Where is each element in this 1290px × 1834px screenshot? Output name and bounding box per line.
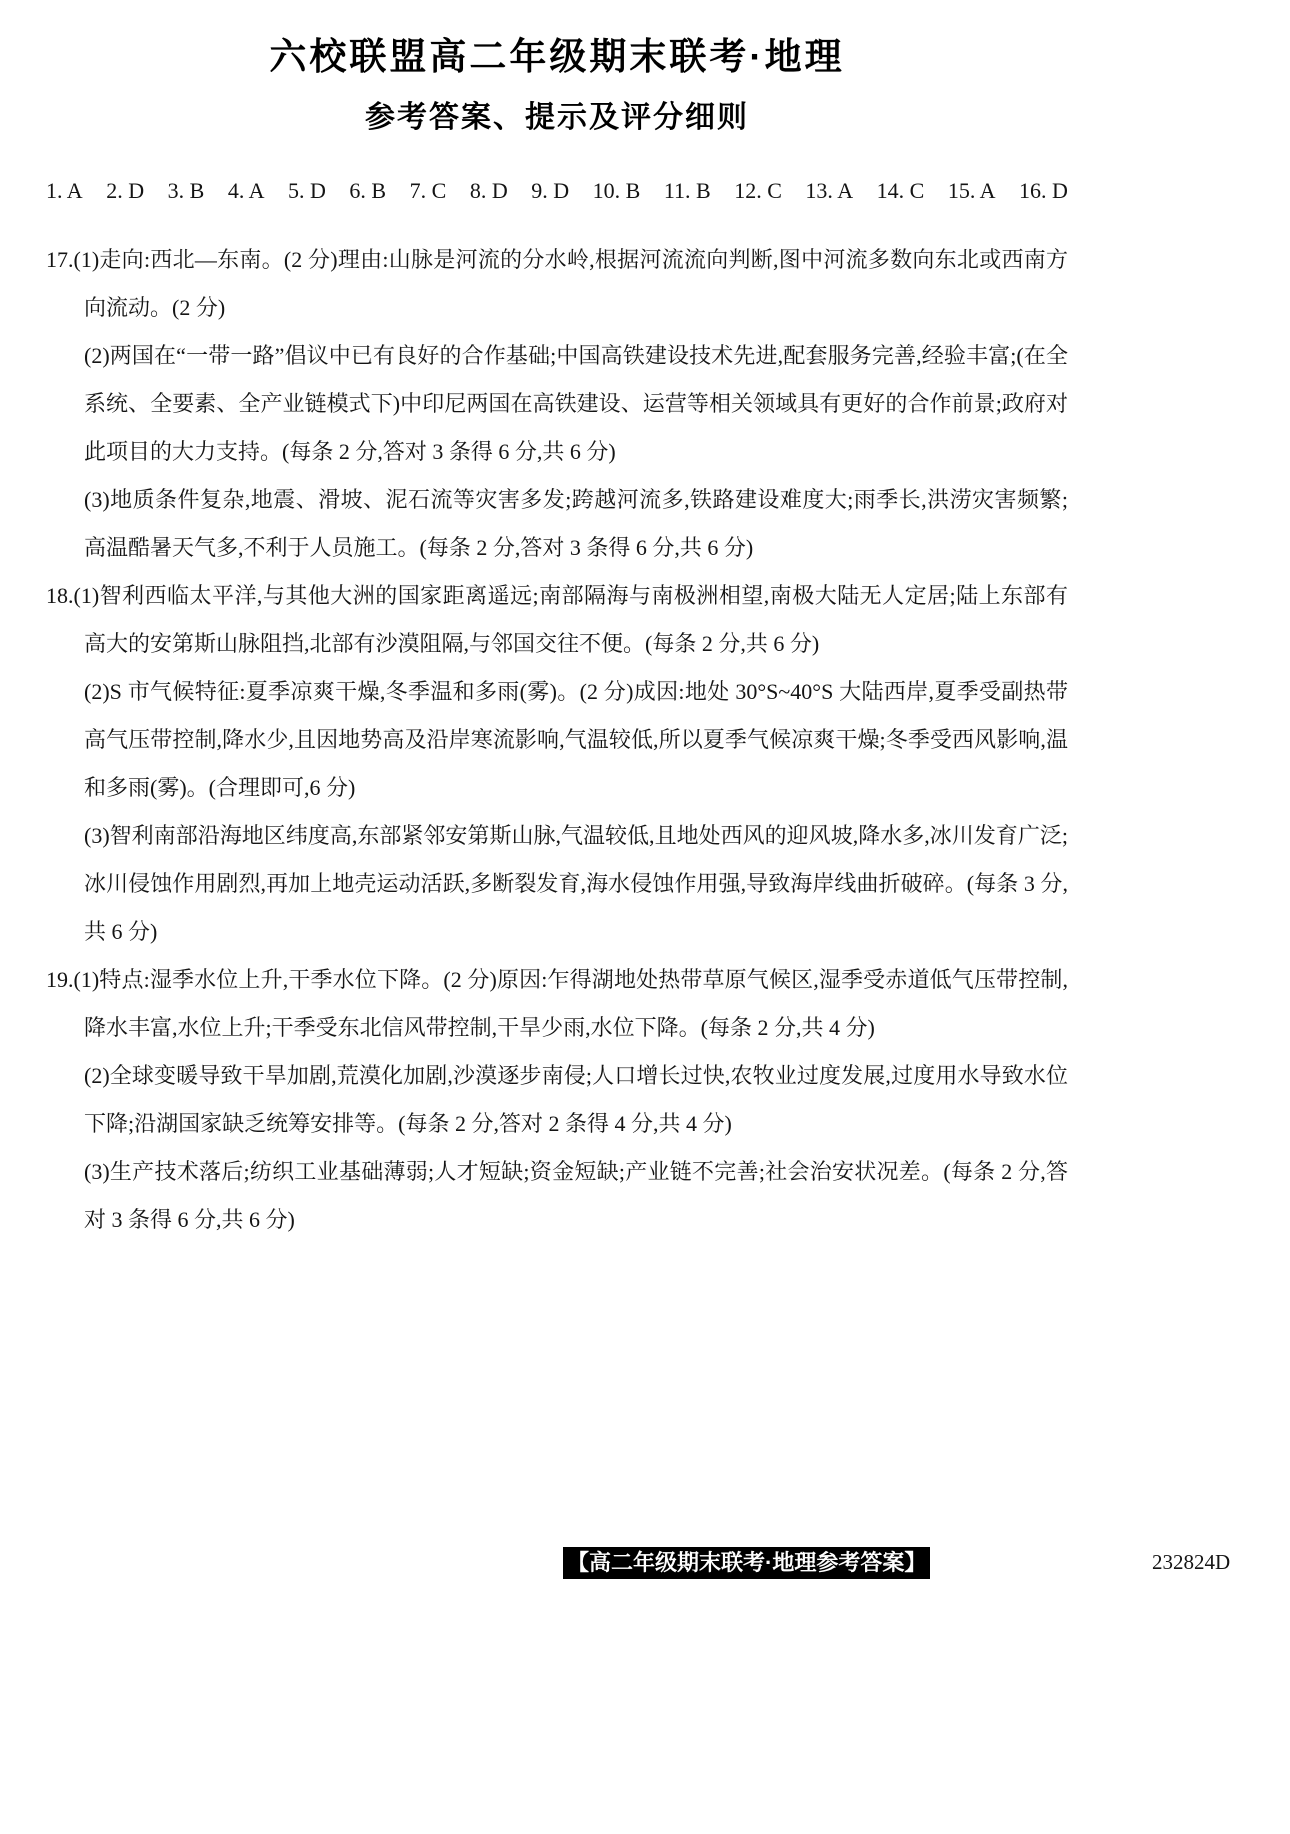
mc-answer-item: 10. B xyxy=(593,178,641,204)
mc-answers-row: 1. A2. D3. B4. A5. D6. B7. C8. D9. D10. … xyxy=(46,178,1068,204)
mc-answer-item: 5. D xyxy=(288,178,326,204)
mc-answer-item: 1. A xyxy=(46,178,83,204)
answer-paragraph-q18: (2)S 市气候特征:夏季凉爽干燥,冬季温和多雨(雾)。(2 分)成因:地处 3… xyxy=(46,668,1068,812)
mc-answer-item: 4. A xyxy=(228,178,265,204)
page-title: 六校联盟高二年级期末联考·地理 xyxy=(46,26,1068,80)
document-content: 六校联盟高二年级期末联考·地理 参考答案、提示及评分细则 1. A2. D3. … xyxy=(46,26,1068,1244)
mc-answer-item: 12. C xyxy=(734,178,782,204)
exam-answer-sheet-page: { "page": { "title": "六校联盟高二年级期末联考·地理", … xyxy=(0,0,1290,1834)
mc-answer-item: 6. B xyxy=(349,178,386,204)
mc-answer-item: 7. C xyxy=(410,178,447,204)
page-subtitle: 参考答案、提示及评分细则 xyxy=(46,92,1068,136)
answer-paragraph-q17: (3)地质条件复杂,地震、滑坡、泥石流等灾害多发;跨越河流多,铁路建设难度大;雨… xyxy=(46,476,1068,572)
free-response-answers: 17.(1)走向:西北—东南。(2 分)理由:山脉是河流的分水岭,根据河流流向判… xyxy=(46,236,1068,1244)
footer-exam-label: 【高二年级期末联考·地理参考答案】 xyxy=(563,1547,930,1579)
footer-paper-code: 232824D xyxy=(1152,1550,1230,1575)
mc-answer-item: 15. A xyxy=(948,178,996,204)
mc-answer-item: 13. A xyxy=(805,178,853,204)
mc-answer-item: 9. D xyxy=(531,178,569,204)
mc-answer-item: 3. B xyxy=(168,178,205,204)
answer-paragraph-q17: 17.(1)走向:西北—东南。(2 分)理由:山脉是河流的分水岭,根据河流流向判… xyxy=(46,236,1068,332)
mc-answer-item: 14. C xyxy=(877,178,925,204)
answer-paragraph-q17: (2)两国在“一带一路”倡议中已有良好的合作基础;中国高铁建设技术先进,配套服务… xyxy=(46,332,1068,476)
answer-paragraph-q18: (3)智利南部沿海地区纬度高,东部紧邻安第斯山脉,气温较低,且地处西风的迎风坡,… xyxy=(46,812,1068,956)
answer-paragraph-q19: 19.(1)特点:湿季水位上升,干季水位下降。(2 分)原因:乍得湖地处热带草原… xyxy=(46,956,1068,1052)
answer-paragraph-q18: 18.(1)智利西临太平洋,与其他大洲的国家距离遥远;南部隔海与南极洲相望,南极… xyxy=(46,572,1068,668)
mc-answer-item: 11. B xyxy=(664,178,711,204)
mc-answer-item: 2. D xyxy=(106,178,144,204)
answer-paragraph-q19: (3)生产技术落后;纺织工业基础薄弱;人才短缺;资金短缺;产业链不完善;社会治安… xyxy=(46,1148,1068,1244)
mc-answer-item: 8. D xyxy=(470,178,508,204)
answer-paragraph-q19: (2)全球变暖导致干旱加剧,荒漠化加剧,沙漠逐步南侵;人口增长过快,农牧业过度发… xyxy=(46,1052,1068,1148)
mc-answer-item: 16. D xyxy=(1019,178,1068,204)
